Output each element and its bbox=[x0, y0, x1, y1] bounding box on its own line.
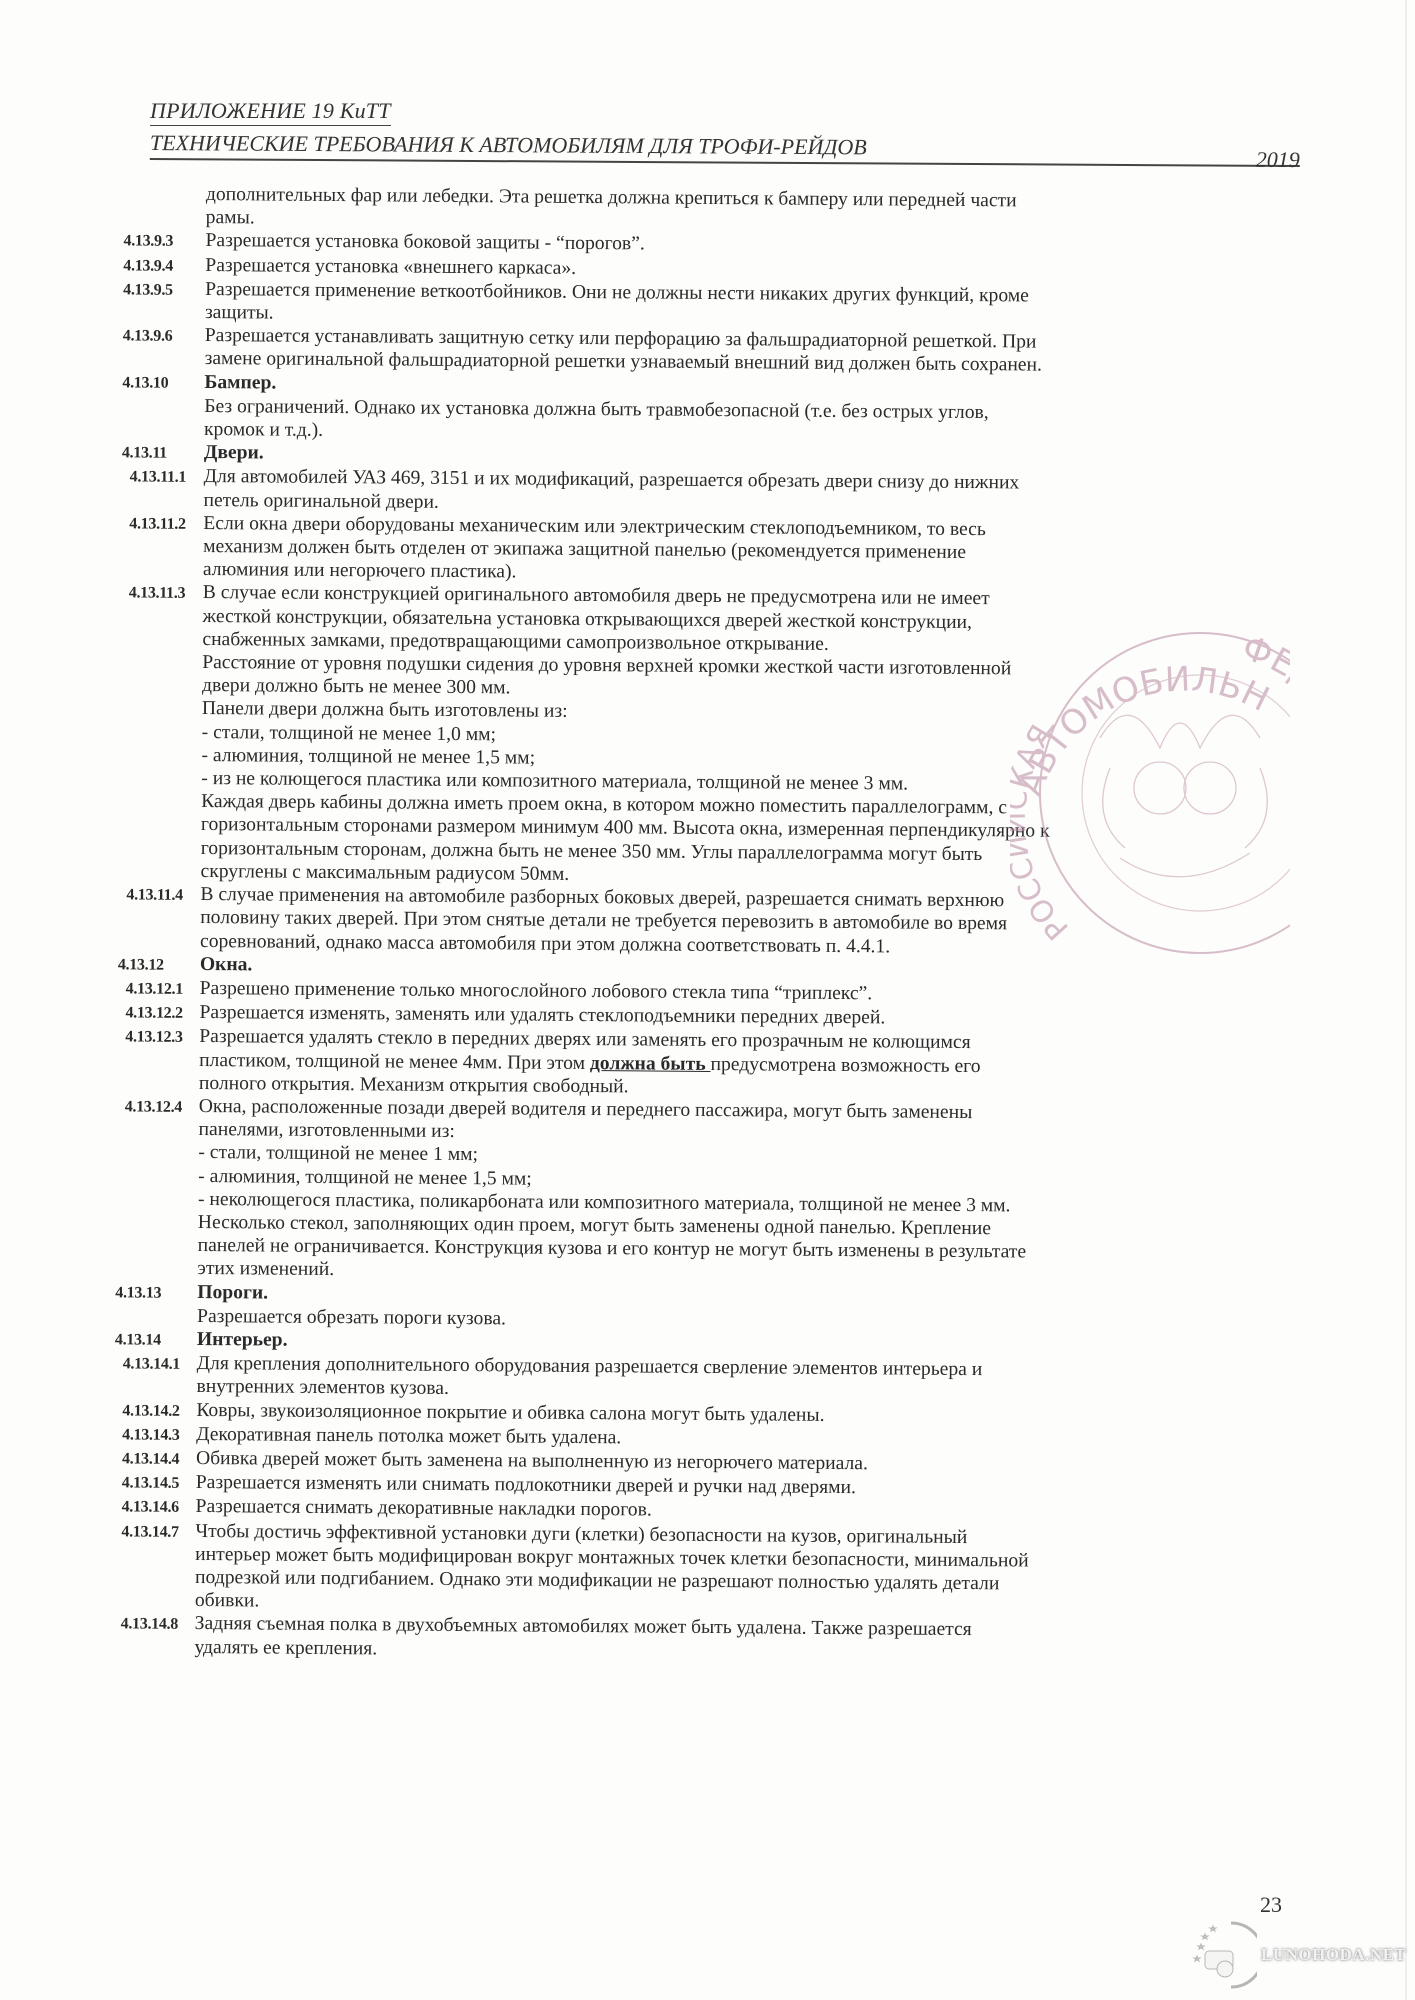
clause-text: Разрешается удалять стекло в передних дв… bbox=[199, 1025, 1280, 1103]
clause-number: 4.13.11.1 bbox=[130, 465, 204, 490]
clause-number: 4.13.13 bbox=[115, 1280, 197, 1305]
header-title-text: ТЕХНИЧЕСКИЕ ТРЕБОВАНИЯ К АВТОМОБИЛЯМ ДЛЯ… bbox=[150, 130, 867, 159]
header-document-title: ТЕХНИЧЕСКИЕ ТРЕБОВАНИЯ К АВТОМОБИЛЯМ ДЛЯ… bbox=[150, 130, 1300, 167]
clause-row: 4.13.12.3Разрешается удалять стекло в пе… bbox=[199, 1025, 1280, 1103]
clause-number: 4.13.14.6 bbox=[122, 1495, 196, 1520]
clause-row: 4.13.11.2Если окна двери оборудованы мех… bbox=[203, 512, 1284, 590]
clause-text: Разрешается применение веткоотбойников. … bbox=[205, 278, 1285, 333]
clause-row: 4.13.14.1Для крепления дополнительного о… bbox=[196, 1352, 1276, 1407]
clause-text: Задняя съемная полка в двухобъемных авто… bbox=[194, 1612, 1274, 1667]
clause-number: 4.13.11.2 bbox=[129, 511, 203, 536]
header-appendix-title: ПРИЛОЖЕНИЕ 19 КиТТ bbox=[150, 98, 391, 126]
clause-number: 4.13.11.3 bbox=[129, 581, 203, 606]
page-header: ПРИЛОЖЕНИЕ 19 КиТТ ТЕХНИЧЕСКИЕ ТРЕБОВАНИ… bbox=[150, 98, 1300, 160]
scan-edge bbox=[1405, 0, 1407, 2000]
clause-row: Без ограничений. Однако их установка дол… bbox=[204, 395, 1284, 450]
header-year: 2019 bbox=[1256, 147, 1300, 173]
clause-number: 4.13.9.5 bbox=[123, 277, 205, 302]
clause-row: 4.13.11.3В случае если конструкцией ориг… bbox=[201, 581, 1283, 891]
clause-number: 4.13.12.1 bbox=[126, 976, 200, 1001]
site-watermark: LUNOHODA.NET bbox=[1185, 1915, 1415, 1995]
clause-text: Окна, расположенные позади дверей водите… bbox=[197, 1095, 1278, 1289]
clause-row: 4.13.14.7Чтобы достичь эффективной устан… bbox=[195, 1520, 1276, 1621]
clause-number: 4.13.12.2 bbox=[125, 1001, 199, 1026]
continuation-paragraph: дополнительных фар или лебедки. Эта реше… bbox=[206, 183, 1286, 238]
clause-number: 4.13.14.7 bbox=[121, 1519, 195, 1544]
clause-number: 4.13.14.3 bbox=[122, 1422, 196, 1447]
clause-text: Без ограничений. Однако их установка дол… bbox=[204, 395, 1284, 450]
document-page: ПРИЛОЖЕНИЕ 19 КиТТ ТЕХНИЧЕСКИЕ ТРЕБОВАНИ… bbox=[0, 0, 1415, 2000]
clause-number: 4.13.12 bbox=[118, 952, 200, 977]
clause-number: 4.13.12.4 bbox=[125, 1094, 199, 1119]
clause-number: 4.13.9.6 bbox=[123, 324, 205, 349]
clause-text: Разрешается устанавливать защитную сетку… bbox=[205, 324, 1285, 379]
text-segment: предусмотрена возможность его bbox=[710, 1054, 980, 1077]
clause-number: 4.13.14.4 bbox=[122, 1446, 196, 1471]
document-body: дополнительных фар или лебедки. Эта реше… bbox=[194, 183, 1286, 1667]
watermark-logo-icon bbox=[1185, 1919, 1257, 1991]
emphasized-text: должна быть bbox=[590, 1053, 711, 1075]
watermark-text: LUNOHODA.NET bbox=[1261, 1945, 1406, 1965]
clause-number: 4.13.11 bbox=[122, 441, 204, 466]
clause-row: 4.13.11.1Для автомобилей УАЗ 469, 3151 и… bbox=[203, 465, 1283, 520]
clause-text: В случае применения на автомобиле разбор… bbox=[200, 883, 1281, 961]
clause-number: 4.13.14 bbox=[115, 1327, 197, 1352]
clause-number: 4.13.14.8 bbox=[121, 1612, 195, 1637]
clause-row: 4.13.9.5Разрешается применение веткоотбо… bbox=[205, 278, 1285, 333]
clause-text: Чтобы достичь эффективной установки дуги… bbox=[195, 1520, 1276, 1621]
clause-row: 4.13.14.8Задняя съемная полка в двухобъе… bbox=[194, 1612, 1274, 1667]
clause-number bbox=[122, 394, 204, 396]
clause-row: 4.13.11.4В случае применения на автомоби… bbox=[200, 883, 1281, 961]
clause-number: 4.13.14.2 bbox=[122, 1398, 196, 1423]
clause-text: Если окна двери оборудованы механическим… bbox=[203, 512, 1284, 590]
clause-text: Для автомобилей УАЗ 469, 3151 и их модиф… bbox=[203, 465, 1283, 520]
clause-number: 4.13.9.4 bbox=[123, 253, 205, 278]
clause-number: 4.13.12.3 bbox=[125, 1025, 199, 1050]
clause-number: 4.13.11.4 bbox=[126, 882, 200, 907]
text-segment: пластиком, толщиной не менее 4мм. При эт… bbox=[199, 1049, 590, 1073]
clause-number: 4.13.10 bbox=[122, 370, 204, 395]
clause-row: 4.13.9.6Разрешается устанавливать защитн… bbox=[205, 324, 1285, 379]
clause-number: 4.13.14.1 bbox=[123, 1352, 197, 1377]
clause-row: 4.13.12.4Окна, расположенные позади двер… bbox=[197, 1095, 1278, 1289]
clause-text: Для крепления дополнительного оборудован… bbox=[196, 1352, 1276, 1407]
clause-number bbox=[115, 1304, 197, 1306]
clause-list: 4.13.9.3Разрешается установка боковой за… bbox=[194, 229, 1285, 1667]
clause-number: 4.13.9.3 bbox=[123, 229, 205, 254]
clause-number: 4.13.14.5 bbox=[122, 1471, 196, 1496]
clause-text: В случае если конструкцией оригинального… bbox=[201, 581, 1283, 891]
